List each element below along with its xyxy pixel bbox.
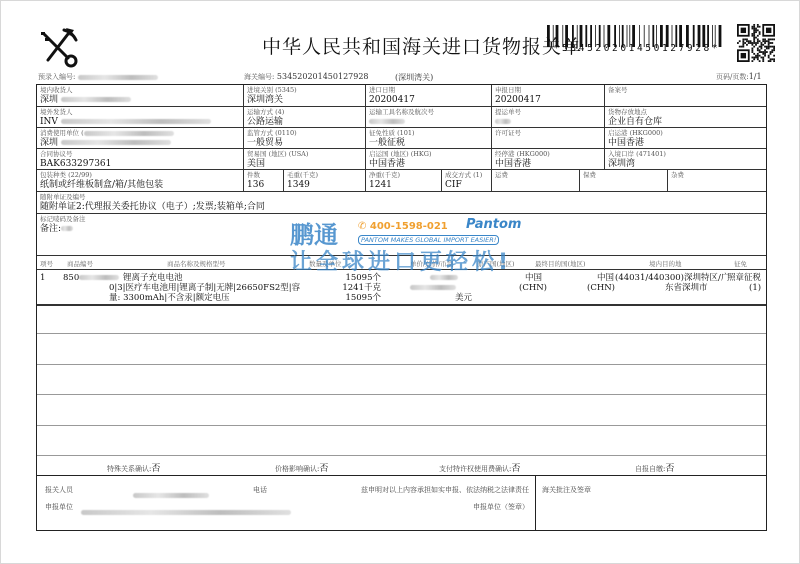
confirm-price-impact: 价格影响确认:否 xyxy=(275,461,328,474)
field-packing: 包装种类 (22/99) 纸制或纤维板制盒/箱/其他包装 xyxy=(37,170,244,192)
field-trade-country: 贸易国 (地区) (USA) 美国 xyxy=(244,149,366,170)
field-net-weight: 净重(千克) 1241 xyxy=(366,170,442,192)
divider xyxy=(535,475,536,531)
field-origin-country: 启运国 (地区) (HKG) 中国香港 xyxy=(366,149,492,170)
page-count: 页码/页数:1/1 xyxy=(716,72,762,82)
field-overseas-consignor: 境外发货人 INV xyxy=(37,107,244,128)
redacted-value xyxy=(133,493,209,498)
field-declare-date: 申报日期 20200417 xyxy=(492,85,605,107)
field-freight: 运费 xyxy=(492,170,580,192)
confirm-special-relation: 特殊关系确认:否 xyxy=(107,461,160,474)
declarant-label: 报关人员 xyxy=(45,485,73,495)
declaration-form: 境内收货人 深圳 进境关别 (5345) 深圳湾关 进口日期 20200417 … xyxy=(36,84,767,531)
field-attached-docs: 随附单证及编号 随附单证2:代理报关委托协议（电子）;发票;装箱单;合同 xyxy=(37,192,766,214)
customs-number-value: 534520201450127928 xyxy=(277,72,369,81)
divider xyxy=(37,333,766,334)
item-origin-code: (CHN) xyxy=(519,283,547,293)
customs-office: (深圳湾关) xyxy=(395,72,433,83)
field-storage: 货物存放地点 企业自有仓库 xyxy=(605,107,766,128)
declaring-unit-label: 申报单位 xyxy=(45,502,73,512)
col-header-dest-country: 最终目的国(地区) xyxy=(535,259,586,268)
field-via-port: 经停港 (HKG000) 中国香港 xyxy=(492,149,605,170)
customs-number: 海关编号: 534520201450127928 xyxy=(244,72,369,82)
phone-label: 电话 xyxy=(253,485,267,495)
col-header-code: 商品编号 xyxy=(67,259,93,268)
field-vehicle: 运输工具名称及航次号 xyxy=(366,107,492,128)
redacted-value xyxy=(369,119,405,124)
divider xyxy=(37,394,766,395)
redacted-value xyxy=(61,97,131,102)
divider xyxy=(37,364,766,365)
redacted-value xyxy=(61,226,73,231)
redacted-value xyxy=(81,510,291,515)
field-deal-mode: 成交方式 (1) CIF xyxy=(442,170,492,192)
item-name-line: 0|3|医疗车电池用|锂离子制|无牌|26650FS2型|容 xyxy=(109,283,300,293)
declaring-unit-value xyxy=(81,502,291,521)
pre-entry-number: 预录入编号: xyxy=(38,72,158,82)
field-consignee: 境内收货人 深圳 xyxy=(37,85,244,107)
col-header-levy: 征免 xyxy=(734,259,747,268)
item-levy: 照章征税 xyxy=(727,273,761,283)
col-header-price: 单价/总价/币制 xyxy=(410,259,453,268)
item-total-price xyxy=(410,283,456,293)
col-header-domestic-dest: 境内目的地 xyxy=(649,259,682,268)
field-entry-customs: 进境关别 (5345) 深圳湾关 xyxy=(244,85,366,107)
redacted-value xyxy=(495,119,511,124)
legal-statement: 兹申明对以上内容承担如实申报、依法纳税之法律责任 xyxy=(343,485,529,495)
field-misc-fee: 杂费 xyxy=(668,170,766,192)
field-levy: 征免性质 (101) 一般征税 xyxy=(366,128,492,149)
item-domestic-dest: (44031/440300)深圳特区/广 xyxy=(615,273,729,283)
item-name-line: 锂离子充电电池 xyxy=(123,273,183,283)
item-dest-country-code: (CHN) xyxy=(587,283,615,293)
field-record-no: 备案号 xyxy=(605,85,766,107)
item-levy-code: (1) xyxy=(749,283,761,293)
field-consumer: 消费使用单位 ( 深圳 xyxy=(37,128,244,149)
col-header-origin: 原产国(地区) xyxy=(477,259,515,268)
customs-note-label: 海关批注及签章 xyxy=(542,485,591,495)
divider xyxy=(37,269,766,270)
redacted-value xyxy=(79,275,119,280)
field-gross-weight: 毛重(千克) 1349 xyxy=(284,170,366,192)
item-code: 850 xyxy=(63,273,119,283)
redacted-value xyxy=(410,285,456,290)
field-transport-mode: 运输方式 (4) 公路运输 xyxy=(244,107,366,128)
field-departure-port: 启运港 (HKG000) 中国香港 xyxy=(605,128,766,149)
field-import-date: 进口日期 20200417 xyxy=(366,85,492,107)
redacted-value xyxy=(430,275,458,280)
divider xyxy=(37,475,766,476)
item-qty-line: 15095个 xyxy=(329,293,381,303)
document-title: 中华人民共和国海关进口货物报关单 xyxy=(262,32,582,59)
seal-label: 申报单位（签章） xyxy=(443,502,529,512)
field-insurance: 保费 xyxy=(580,170,668,192)
field-marks: 标记唛码及备注 备注: xyxy=(37,214,766,256)
item-name-line: 量: 3300mAh|不含汞|额定电压 xyxy=(109,293,230,303)
field-license: 许可证号 xyxy=(492,128,605,149)
divider xyxy=(37,304,766,306)
redacted-value xyxy=(61,140,171,145)
divider xyxy=(37,425,766,426)
item-qty-line: 15095个 xyxy=(329,273,381,283)
item-origin: 中国 xyxy=(525,273,542,283)
item-no: 1 xyxy=(40,273,45,283)
field-bill-no: 提运单号 xyxy=(492,107,605,128)
confirm-self-pay: 自报自缴:否 xyxy=(635,461,674,474)
customs-emblem-icon xyxy=(38,26,82,70)
field-supervision: 监管方式 (0110) 一般贸易 xyxy=(244,128,366,149)
item-dest-country: 中国 xyxy=(597,273,614,283)
col-header-qty: 数量及单位 xyxy=(309,259,342,268)
field-pieces: 件数 136 xyxy=(244,170,284,192)
redacted-value xyxy=(78,75,158,80)
item-currency: 美元 xyxy=(455,293,472,303)
item-unit-price xyxy=(430,273,458,283)
divider xyxy=(37,455,766,456)
redacted-value xyxy=(61,119,211,124)
field-entry-port: 入境口岸 (471401) 深圳湾 xyxy=(605,149,766,170)
field-contract: 合同协议号 BAK633297361 xyxy=(37,149,244,170)
item-domestic-dest: 东省深圳市 xyxy=(665,283,708,293)
qr-code-icon xyxy=(737,24,775,62)
barcode-text: *534520201450127928* xyxy=(547,43,727,54)
item-qty-line: 1241千克 xyxy=(329,283,381,293)
col-header-name: 商品名称及规格型号 xyxy=(167,259,226,268)
redacted-value xyxy=(84,131,174,136)
confirm-royalty: 支付特许权使用费确认:否 xyxy=(439,461,520,474)
col-header-no: 项号 xyxy=(40,259,53,268)
